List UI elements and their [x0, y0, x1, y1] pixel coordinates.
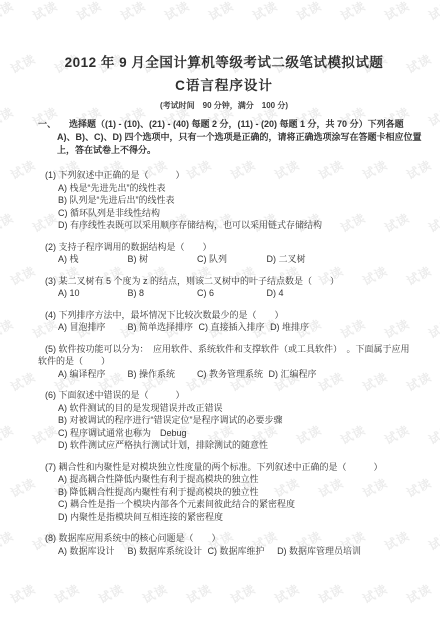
option-item: A) 提高耦合性降低内聚性有利于提高模块的独立性	[58, 473, 410, 486]
question-options: A) 提高耦合性降低内聚性有利于提高模块的独立性 B) 降低耦合性提高内聚性有利…	[58, 473, 410, 523]
question-options: A) 数据库设计 B) 数据库系统设计 C) 数据库维护 D) 数据库管理员培训	[58, 545, 410, 558]
option-item: C) 数据库维护	[208, 545, 272, 558]
option-item: B) 对被调试的程序进行“错误定位”是程序调试的必要步骤	[58, 414, 410, 427]
question-stem: (8) 数据库应用系统中的核心问题是（ ）	[38, 532, 412, 545]
option-item: B) 降低耦合性提高内聚性有利于提高模块的独立性	[58, 486, 410, 499]
option-item: B) 8	[128, 287, 192, 300]
option-item: D) 内聚性是指模块间互相连接的紧密程度	[58, 511, 410, 524]
section-intro: 一、选择题（(1) - (10)、(21) - (40) 每题 2 分，(11)…	[38, 118, 429, 157]
option-item: B) 队列是“先进后出”的线性表	[58, 194, 410, 207]
question-stem: (3) 某二叉树有 5 个度为 z 的结点，则该二叉树中的叶子结点数是（ ）	[38, 275, 412, 288]
option-item: C) 程序调试通常也称为 Debug	[58, 427, 410, 440]
section-intro-text: 选择题（(1) - (10)、(21) - (40) 每题 2 分，(11) -…	[57, 119, 422, 155]
question-options: A) 冒泡排序 B) 简单选择排序 C) 直接插入排序 D) 堆排序	[58, 321, 410, 334]
question-options: A) 编译程序 B) 操作系统 C) 教务管理系统 D) 汇编程序	[58, 368, 410, 381]
watermark-text: 试读	[8, 580, 39, 607]
question-options: A) 栈是“先进先出”的线性表 B) 队列是“先进后出”的线性表 C) 循环队列…	[58, 182, 410, 232]
exam-page: 试读试读试读试读试读试读试读试读试读试读试读试读试读试读试读试读试读试读试读试读…	[0, 0, 440, 620]
section-number: 一、	[38, 119, 56, 129]
watermark-text: 试读	[228, 580, 259, 607]
option-item: D) 二叉树	[267, 253, 331, 266]
question-block: (3) 某二叉树有 5 个度为 z 的结点，则该二叉树中的叶子结点数是（ ） A…	[38, 275, 410, 300]
question-block: (4) 下列排序方法中，最坏情况下比较次数最少的是（ ） A) 冒泡排序 B) …	[38, 309, 410, 334]
question-block: (8) 数据库应用系统中的核心问题是（ ） A) 数据库设计 B) 数据库系统设…	[38, 532, 410, 557]
question-stem: (6) 下面叙述中错误的是（ ）	[38, 389, 412, 402]
option-item: C) 循环队列是非线性结构	[58, 207, 410, 220]
option-item: D) 汇编程序	[269, 368, 333, 381]
option-item: A) 10	[58, 287, 122, 300]
question-block: (6) 下面叙述中错误的是（ ） A) 软件测试的目的是发现错误并改正错误 B)…	[38, 389, 410, 452]
option-item: D) 有序线性表既可以采用顺序存储结构，也可以采用链式存储结构	[58, 219, 410, 232]
watermark-text: 试读	[52, 580, 83, 607]
question-options: A) 10 B) 8 C) 6 D) 4	[58, 287, 410, 300]
option-item: D) 堆排序	[270, 321, 334, 334]
option-item: B) 操作系统	[128, 368, 192, 381]
question-stem: (5) 软件按功能可以分为： 应用软件、系统软件和支撑软件（或工具软件） 。下面…	[38, 343, 412, 368]
doc-subtitle: C语言程序设计	[38, 78, 410, 94]
question-options: A) 软件测试的目的是发现错误并改正错误 B) 对被调试的程序进行“错误定位”是…	[58, 402, 410, 452]
option-item: C) 队列	[197, 253, 261, 266]
option-item: A) 冒泡排序	[58, 321, 122, 334]
question-stem: (7) 耦合性和内聚性是对模块独立性度量的两个标准。下列叙述中正确的是（ ）	[38, 461, 412, 474]
watermark-text: 试读	[96, 580, 127, 607]
question-block: (1) 下列叙述中正确的是（ ） A) 栈是“先进先出”的线性表 B) 队列是“…	[38, 169, 410, 232]
option-item: A) 栈是“先进先出”的线性表	[58, 182, 410, 195]
question-stem: (4) 下列排序方法中，最坏情况下比较次数最少的是（ ）	[38, 309, 412, 322]
option-item: C) 教务管理系统	[197, 368, 263, 381]
watermark-text: 试读	[272, 580, 303, 607]
option-item: B) 树	[128, 253, 192, 266]
watermark-text: 试读	[404, 580, 435, 607]
question-block: (5) 软件按功能可以分为： 应用软件、系统软件和支撑软件（或工具软件） 。下面…	[38, 343, 410, 381]
question-block: (7) 耦合性和内聚性是对模块独立性度量的两个标准。下列叙述中正确的是（ ） A…	[38, 461, 410, 524]
option-item: A) 编译程序	[58, 368, 122, 381]
question-options: A) 栈 B) 树 C) 队列 D) 二叉树	[58, 253, 410, 266]
doc-title: 2012 年 9 月全国计算机等级考试二级笔试模拟试题	[38, 54, 410, 71]
exam-content: 2012 年 9 月全国计算机等级考试二级笔试模拟试题 C语言程序设计 (考试时…	[0, 0, 440, 557]
option-item: A) 软件测试的目的是发现错误并改正错误	[58, 402, 410, 415]
exam-info: (考试时间 90 分钟，满分 100 分)	[38, 100, 410, 111]
option-item: A) 数据库设计	[58, 545, 122, 558]
option-item: B) 简单选择排序	[128, 321, 194, 334]
watermark-text: 试读	[316, 580, 347, 607]
watermark-text: 试读	[360, 580, 391, 607]
option-item: C) 6	[197, 287, 261, 300]
watermark-text: 试读	[140, 580, 171, 607]
option-item: B) 数据库系统设计	[128, 545, 203, 558]
option-item: C) 直接插入排序	[199, 321, 265, 334]
option-item: D) 数据库管理员培训	[277, 545, 361, 558]
question-stem: (2) 支持子程序调用的数据结构是（ ）	[38, 241, 412, 254]
option-item: C) 耦合性是指一个模块内部各个元素间彼此结合的紧密程度	[58, 498, 410, 511]
question-stem: (1) 下列叙述中正确的是（ ）	[38, 169, 412, 182]
question-block: (2) 支持子程序调用的数据结构是（ ） A) 栈 B) 树 C) 队列 D) …	[38, 241, 410, 266]
watermark-text: 试读	[184, 580, 215, 607]
option-item: D) 4	[267, 287, 331, 300]
option-item: D) 软件测试应严格执行测试计划，排除测试的随意性	[58, 439, 410, 452]
option-item: A) 栈	[58, 253, 122, 266]
